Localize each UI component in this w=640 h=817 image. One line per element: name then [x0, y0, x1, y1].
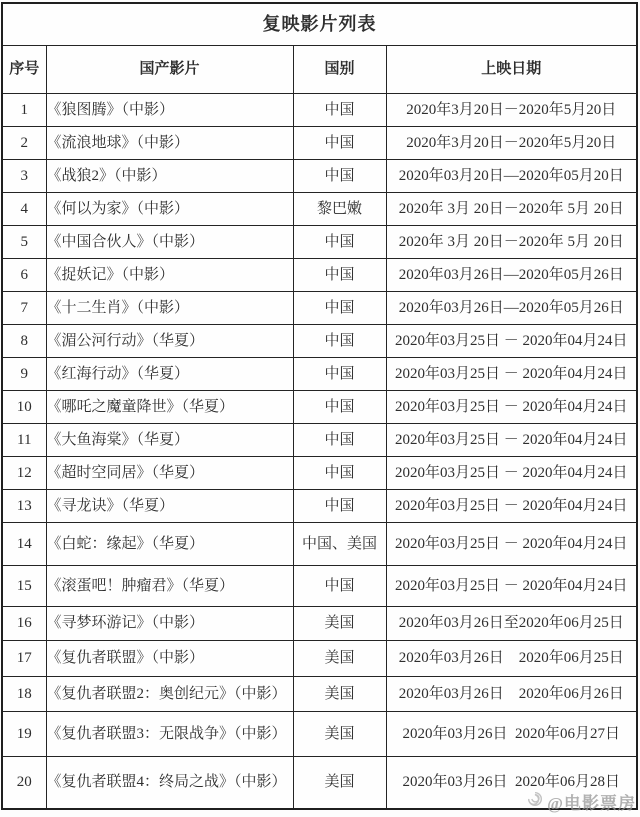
cell-country: 中国: [293, 160, 386, 193]
cell-row-number: 10: [2, 391, 46, 424]
table-row: 2 《流浪地球》（中影） 中国 2020年3月20日－2020年5月20日: [2, 127, 637, 160]
cell-release-date: 2020年03月25日 － 2020年04月24日: [386, 358, 637, 391]
cell-film-title: 《捉妖记》（中影）: [46, 259, 293, 292]
cell-release-date: 2020年03月25日 － 2020年04月24日: [386, 391, 637, 424]
cell-row-number: 14: [2, 523, 46, 566]
cell-release-date: 2020年3月20日－2020年5月20日: [386, 127, 637, 160]
table-header-row: 序号 国产影片 国别 上映日期: [2, 46, 637, 94]
cell-film-title: 《大鱼海棠》（华夏）: [46, 424, 293, 457]
cell-country: 中国: [293, 226, 386, 259]
cell-film-title: 《复仇者联盟》（中影）: [46, 641, 293, 677]
table-row: 17 《复仇者联盟》（中影） 美国 2020年03月26日 2020年06月25…: [2, 641, 637, 677]
table-row: 8 《湄公河行动》（华夏） 中国 2020年03月25日 － 2020年04月2…: [2, 325, 637, 358]
table-row: 7 《十二生肖》（中影） 中国 2020年03月26日—2020年05月26日: [2, 292, 637, 325]
cell-row-number: 6: [2, 259, 46, 292]
cell-film-title: 《何以为家》（中影）: [46, 193, 293, 226]
cell-country: 美国: [293, 712, 386, 757]
header-film: 国产影片: [46, 46, 293, 94]
cell-film-title: 《湄公河行动》（华夏）: [46, 325, 293, 358]
cell-film-title: 《哪吒之魔童降世》（华夏）: [46, 391, 293, 424]
cell-film-title: 《战狼2》（中影）: [46, 160, 293, 193]
cell-film-title: 《寻龙诀》（华夏）: [46, 490, 293, 523]
cell-country: 中国: [293, 566, 386, 607]
cell-film-title: 《复仇者联盟4：终局之战》（中影）: [46, 757, 293, 809]
cell-release-date: 2020年3月20日－2020年5月20日: [386, 94, 637, 127]
table-title: 复映影片列表: [2, 3, 637, 46]
cell-row-number: 19: [2, 712, 46, 757]
table-row: 13 《寻龙诀》（华夏） 中国 2020年03月25日 － 2020年04月24…: [2, 490, 637, 523]
cell-release-date: 2020年03月25日 － 2020年04月24日: [386, 523, 637, 566]
cell-release-date: 2020年03月25日 － 2020年04月24日: [386, 457, 637, 490]
table-row: 19 《复仇者联盟3：无限战争》（中影） 美国 2020年03月26日 2020…: [2, 712, 637, 757]
cell-release-date: 2020年03月25日 － 2020年04月24日: [386, 325, 637, 358]
table-row: 18 《复仇者联盟2：奥创纪元》（中影） 美国 2020年03月26日 2020…: [2, 677, 637, 712]
cell-release-date: 2020年03月26日—2020年05月26日: [386, 259, 637, 292]
cell-country: 中国: [293, 490, 386, 523]
table-row: 15 《滚蛋吧！肿瘤君》（华夏） 中国 2020年03月25日 － 2020年0…: [2, 566, 637, 607]
cell-row-number: 5: [2, 226, 46, 259]
cell-row-number: 9: [2, 358, 46, 391]
cell-release-date: 2020年03月26日至2020年06月25日: [386, 607, 637, 641]
reissued-films-table: 复映影片列表 序号 国产影片 国别 上映日期 1 《狼图腾》（中影） 中国 20…: [1, 2, 638, 810]
cell-row-number: 15: [2, 566, 46, 607]
cell-film-title: 《滚蛋吧！肿瘤君》（华夏）: [46, 566, 293, 607]
cell-country: 中国: [293, 292, 386, 325]
table-row: 12 《超时空同居》（华夏） 中国 2020年03月25日 － 2020年04月…: [2, 457, 637, 490]
cell-film-title: 《复仇者联盟2：奥创纪元》（中影）: [46, 677, 293, 712]
cell-release-date: 2020年03月26日 2020年06月26日: [386, 677, 637, 712]
cell-country: 美国: [293, 757, 386, 809]
cell-film-title: 《寻梦环游记》（中影）: [46, 607, 293, 641]
cell-country: 黎巴嫩: [293, 193, 386, 226]
cell-film-title: 《白蛇：缘起》（华夏）: [46, 523, 293, 566]
cell-country: 中国: [293, 94, 386, 127]
cell-release-date: 2020年 3月 20日－2020年 5月 20日: [386, 193, 637, 226]
table-row: 9 《红海行动》（华夏） 中国 2020年03月25日 － 2020年04月24…: [2, 358, 637, 391]
cell-country: 中国: [293, 325, 386, 358]
cell-row-number: 1: [2, 94, 46, 127]
cell-film-title: 《流浪地球》（中影）: [46, 127, 293, 160]
cell-release-date: 2020年03月26日 2020年06月27日: [386, 712, 637, 757]
cell-row-number: 8: [2, 325, 46, 358]
cell-country: 中国: [293, 259, 386, 292]
table-row: 1 《狼图腾》（中影） 中国 2020年3月20日－2020年5月20日: [2, 94, 637, 127]
cell-row-number: 12: [2, 457, 46, 490]
cell-row-number: 16: [2, 607, 46, 641]
cell-film-title: 《超时空同居》（华夏）: [46, 457, 293, 490]
cell-film-title: 《复仇者联盟3：无限战争》（中影）: [46, 712, 293, 757]
cell-row-number: 17: [2, 641, 46, 677]
cell-row-number: 18: [2, 677, 46, 712]
table-row: 3 《战狼2》（中影） 中国 2020年03月20日—2020年05月20日: [2, 160, 637, 193]
header-dates: 上映日期: [386, 46, 637, 94]
cell-row-number: 3: [2, 160, 46, 193]
cell-film-title: 《中国合伙人》（中影）: [46, 226, 293, 259]
cell-row-number: 2: [2, 127, 46, 160]
cell-row-number: 13: [2, 490, 46, 523]
cell-release-date: 2020年03月26日—2020年05月26日: [386, 292, 637, 325]
cell-country: 中国: [293, 424, 386, 457]
cell-row-number: 7: [2, 292, 46, 325]
table-row: 6 《捉妖记》（中影） 中国 2020年03月26日—2020年05月26日: [2, 259, 637, 292]
table-row: 14 《白蛇：缘起》（华夏） 中国、美国 2020年03月25日 － 2020年…: [2, 523, 637, 566]
cell-film-title: 《狼图腾》（中影）: [46, 94, 293, 127]
table-row: 10 《哪吒之魔童降世》（华夏） 中国 2020年03月25日 － 2020年0…: [2, 391, 637, 424]
cell-country: 美国: [293, 677, 386, 712]
cell-row-number: 20: [2, 757, 46, 809]
cell-country: 中国、美国: [293, 523, 386, 566]
cell-release-date: 2020年03月26日 2020年06月28日: [386, 757, 637, 809]
table-row: 4 《何以为家》（中影） 黎巴嫩 2020年 3月 20日－2020年 5月 2…: [2, 193, 637, 226]
cell-release-date: 2020年03月20日—2020年05月20日: [386, 160, 637, 193]
cell-release-date: 2020年03月25日 － 2020年04月24日: [386, 566, 637, 607]
cell-country: 美国: [293, 607, 386, 641]
cell-release-date: 2020年03月25日 － 2020年04月24日: [386, 490, 637, 523]
table-row: 16 《寻梦环游记》（中影） 美国 2020年03月26日至2020年06月25…: [2, 607, 637, 641]
table-row: 20 《复仇者联盟4：终局之战》（中影） 美国 2020年03月26日 2020…: [2, 757, 637, 809]
cell-film-title: 《红海行动》（华夏）: [46, 358, 293, 391]
table-title-row: 复映影片列表: [2, 3, 637, 46]
cell-country: 中国: [293, 391, 386, 424]
table-row: 11 《大鱼海棠》（华夏） 中国 2020年03月25日 － 2020年04月2…: [2, 424, 637, 457]
table-body: 1 《狼图腾》（中影） 中国 2020年3月20日－2020年5月20日 2 《…: [2, 94, 637, 809]
cell-country: 中国: [293, 457, 386, 490]
cell-release-date: 2020年03月26日 2020年06月25日: [386, 641, 637, 677]
header-country: 国别: [293, 46, 386, 94]
cell-country: 中国: [293, 358, 386, 391]
cell-country: 中国: [293, 127, 386, 160]
header-no: 序号: [2, 46, 46, 94]
screenshot-page: 复映影片列表 序号 国产影片 国别 上映日期 1 《狼图腾》（中影） 中国 20…: [0, 0, 640, 817]
table-row: 5 《中国合伙人》（中影） 中国 2020年 3月 20日－2020年 5月 2…: [2, 226, 637, 259]
cell-row-number: 11: [2, 424, 46, 457]
cell-release-date: 2020年03月25日 － 2020年04月24日: [386, 424, 637, 457]
cell-release-date: 2020年 3月 20日－2020年 5月 20日: [386, 226, 637, 259]
cell-film-title: 《十二生肖》（中影）: [46, 292, 293, 325]
cell-country: 美国: [293, 641, 386, 677]
cell-row-number: 4: [2, 193, 46, 226]
